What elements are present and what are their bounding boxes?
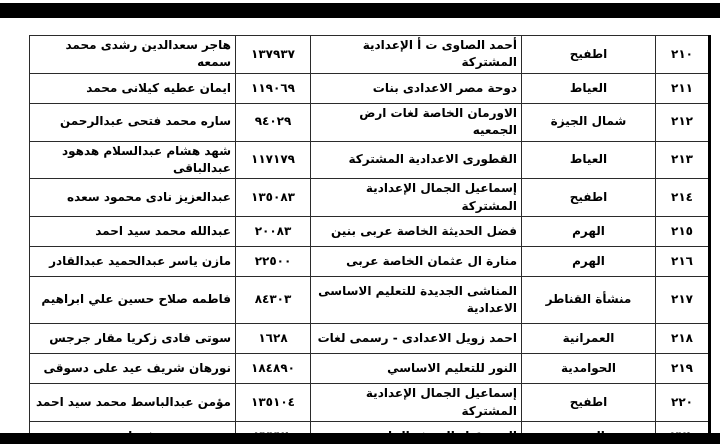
table-row: ٢١٣العياطالقطورى الاعدادية المشتركة١١٧١٧…	[30, 141, 710, 179]
cell-name: مؤمن عبدالباسط محمد سيد احمد	[30, 384, 236, 422]
cell-district: شمال الجيزة	[522, 103, 656, 141]
cell-school: منارة ال عثمان الخاصة عربى	[311, 247, 522, 277]
cell-name: هاجر سعدالدين رشدى محمد سمعه	[30, 36, 236, 74]
table-row: ٢١٠اطفيحأحمد الصاوى ت أ الإعدادية المشتر…	[30, 36, 710, 74]
cell-school: إسماعيل الجمال الإعدادية المشتركة	[311, 384, 522, 422]
document-page: ٢١٠اطفيحأحمد الصاوى ت أ الإعدادية المشتر…	[0, 0, 720, 444]
cell-name: عبدالله محمد سيد احمد	[30, 217, 236, 247]
bottom-black-bar	[0, 433, 720, 444]
cell-serial: ٢٢٠	[656, 384, 710, 422]
cell-name: عبدالعزيز نادى محمود سعده	[30, 179, 236, 217]
cell-name: فاطمه صلاح حسين علي ابراهيم	[30, 277, 236, 324]
cell-school: النور للتعليم الاساسي	[311, 354, 522, 384]
cell-district: الهرم	[522, 247, 656, 277]
cell-serial: ٢١٠	[656, 36, 710, 74]
cell-seat-number: ٨٤٣٠٣	[236, 277, 311, 324]
cell-school: فضل الحديثة الخاصة عربى بنين	[311, 217, 522, 247]
cell-name: ساره محمد فتحى عبدالرحمن	[30, 103, 236, 141]
table-row: ٢٢٠اطفيحإسماعيل الجمال الإعدادية المشترك…	[30, 384, 710, 422]
cell-district: اطفيح	[522, 179, 656, 217]
cell-seat-number: ١٦٢٨	[236, 324, 311, 354]
cell-school: أحمد الصاوى ت أ الإعدادية المشتركة	[311, 36, 522, 74]
table-row: ٢١٦الهرممنارة ال عثمان الخاصة عربى٢٢٥٠٠م…	[30, 247, 710, 277]
cell-serial: ٢١٥	[656, 217, 710, 247]
cell-name: شهد هشام عبدالسلام هدهود عبدالباقى	[30, 141, 236, 179]
cell-serial: ٢١٧	[656, 277, 710, 324]
cell-school: احمد زويل الاعدادى - رسمى لغات	[311, 324, 522, 354]
table-row: ٢١٤اطفيحإسماعيل الجمال الإعدادية المشترك…	[30, 179, 710, 217]
cell-school: الاورمان الخاصة لغات ارض الجمعيه	[311, 103, 522, 141]
cell-seat-number: ٩٤٠٢٩	[236, 103, 311, 141]
cell-district: العمرانية	[522, 324, 656, 354]
table-body: ٢١٠اطفيحأحمد الصاوى ت أ الإعدادية المشتر…	[30, 36, 710, 444]
cell-district: منشأة القناطر	[522, 277, 656, 324]
cell-seat-number: ٢٢٥٠٠	[236, 247, 311, 277]
table-row: ٢١٢شمال الجيزةالاورمان الخاصة لغات ارض ا…	[30, 103, 710, 141]
cell-school: دوحة مصر الاعدادى بنات	[311, 73, 522, 103]
cell-serial: ٢١٨	[656, 324, 710, 354]
cell-school: القطورى الاعدادية المشتركة	[311, 141, 522, 179]
cell-seat-number: ١١٩٠٦٩	[236, 73, 311, 103]
table-row: ٢١٧منشأة القناطرالمناشى الجديدة للتعليم …	[30, 277, 710, 324]
cell-school: إسماعيل الجمال الإعدادية المشتركة	[311, 179, 522, 217]
cell-seat-number: ٢٠٠٨٣	[236, 217, 311, 247]
cell-district: اطفيح	[522, 36, 656, 74]
cell-district: الحوامدية	[522, 354, 656, 384]
table-row: ٢١٩الحوامديةالنور للتعليم الاساسي١٨٤٨٩٠ن…	[30, 354, 710, 384]
table-row: ٢١١العياطدوحة مصر الاعدادى بنات١١٩٠٦٩ايم…	[30, 73, 710, 103]
cell-serial: ٢١٢	[656, 103, 710, 141]
cell-district: العياط	[522, 73, 656, 103]
cell-serial: ٢١١	[656, 73, 710, 103]
cell-seat-number: ١٣٥٠٨٣	[236, 179, 311, 217]
cell-name: نورهان شريف عيد على دسوقى	[30, 354, 236, 384]
table-row: ٢١٨العمرانيةاحمد زويل الاعدادى - رسمى لغ…	[30, 324, 710, 354]
cell-name: ايمان عطيه كيلانى محمد	[30, 73, 236, 103]
cell-district: الهرم	[522, 217, 656, 247]
cell-seat-number: ١٣٧٩٣٧	[236, 36, 311, 74]
cell-serial: ٢١٦	[656, 247, 710, 277]
cell-serial: ٢١٤	[656, 179, 710, 217]
cell-district: اطفيح	[522, 384, 656, 422]
cell-seat-number: ١٨٤٨٩٠	[236, 354, 311, 384]
top-black-bar	[0, 3, 720, 18]
table-row: ٢١٥الهرمفضل الحديثة الخاصة عربى بنين٢٠٠٨…	[30, 217, 710, 247]
cell-seat-number: ١١٧١٧٩	[236, 141, 311, 179]
cell-district: العياط	[522, 141, 656, 179]
cell-seat-number: ١٣٥١٠٤	[236, 384, 311, 422]
cell-name: سوتى فادى زكريا مقار جرجس	[30, 324, 236, 354]
cell-serial: ٢١٣	[656, 141, 710, 179]
cell-school: المناشى الجديدة للتعليم الاساسى الاعدادي…	[311, 277, 522, 324]
exam-results-table: ٢١٠اطفيحأحمد الصاوى ت أ الإعدادية المشتر…	[29, 35, 711, 444]
cell-serial: ٢١٩	[656, 354, 710, 384]
cell-name: مازن ياسر عبدالحميد عبدالقادر	[30, 247, 236, 277]
